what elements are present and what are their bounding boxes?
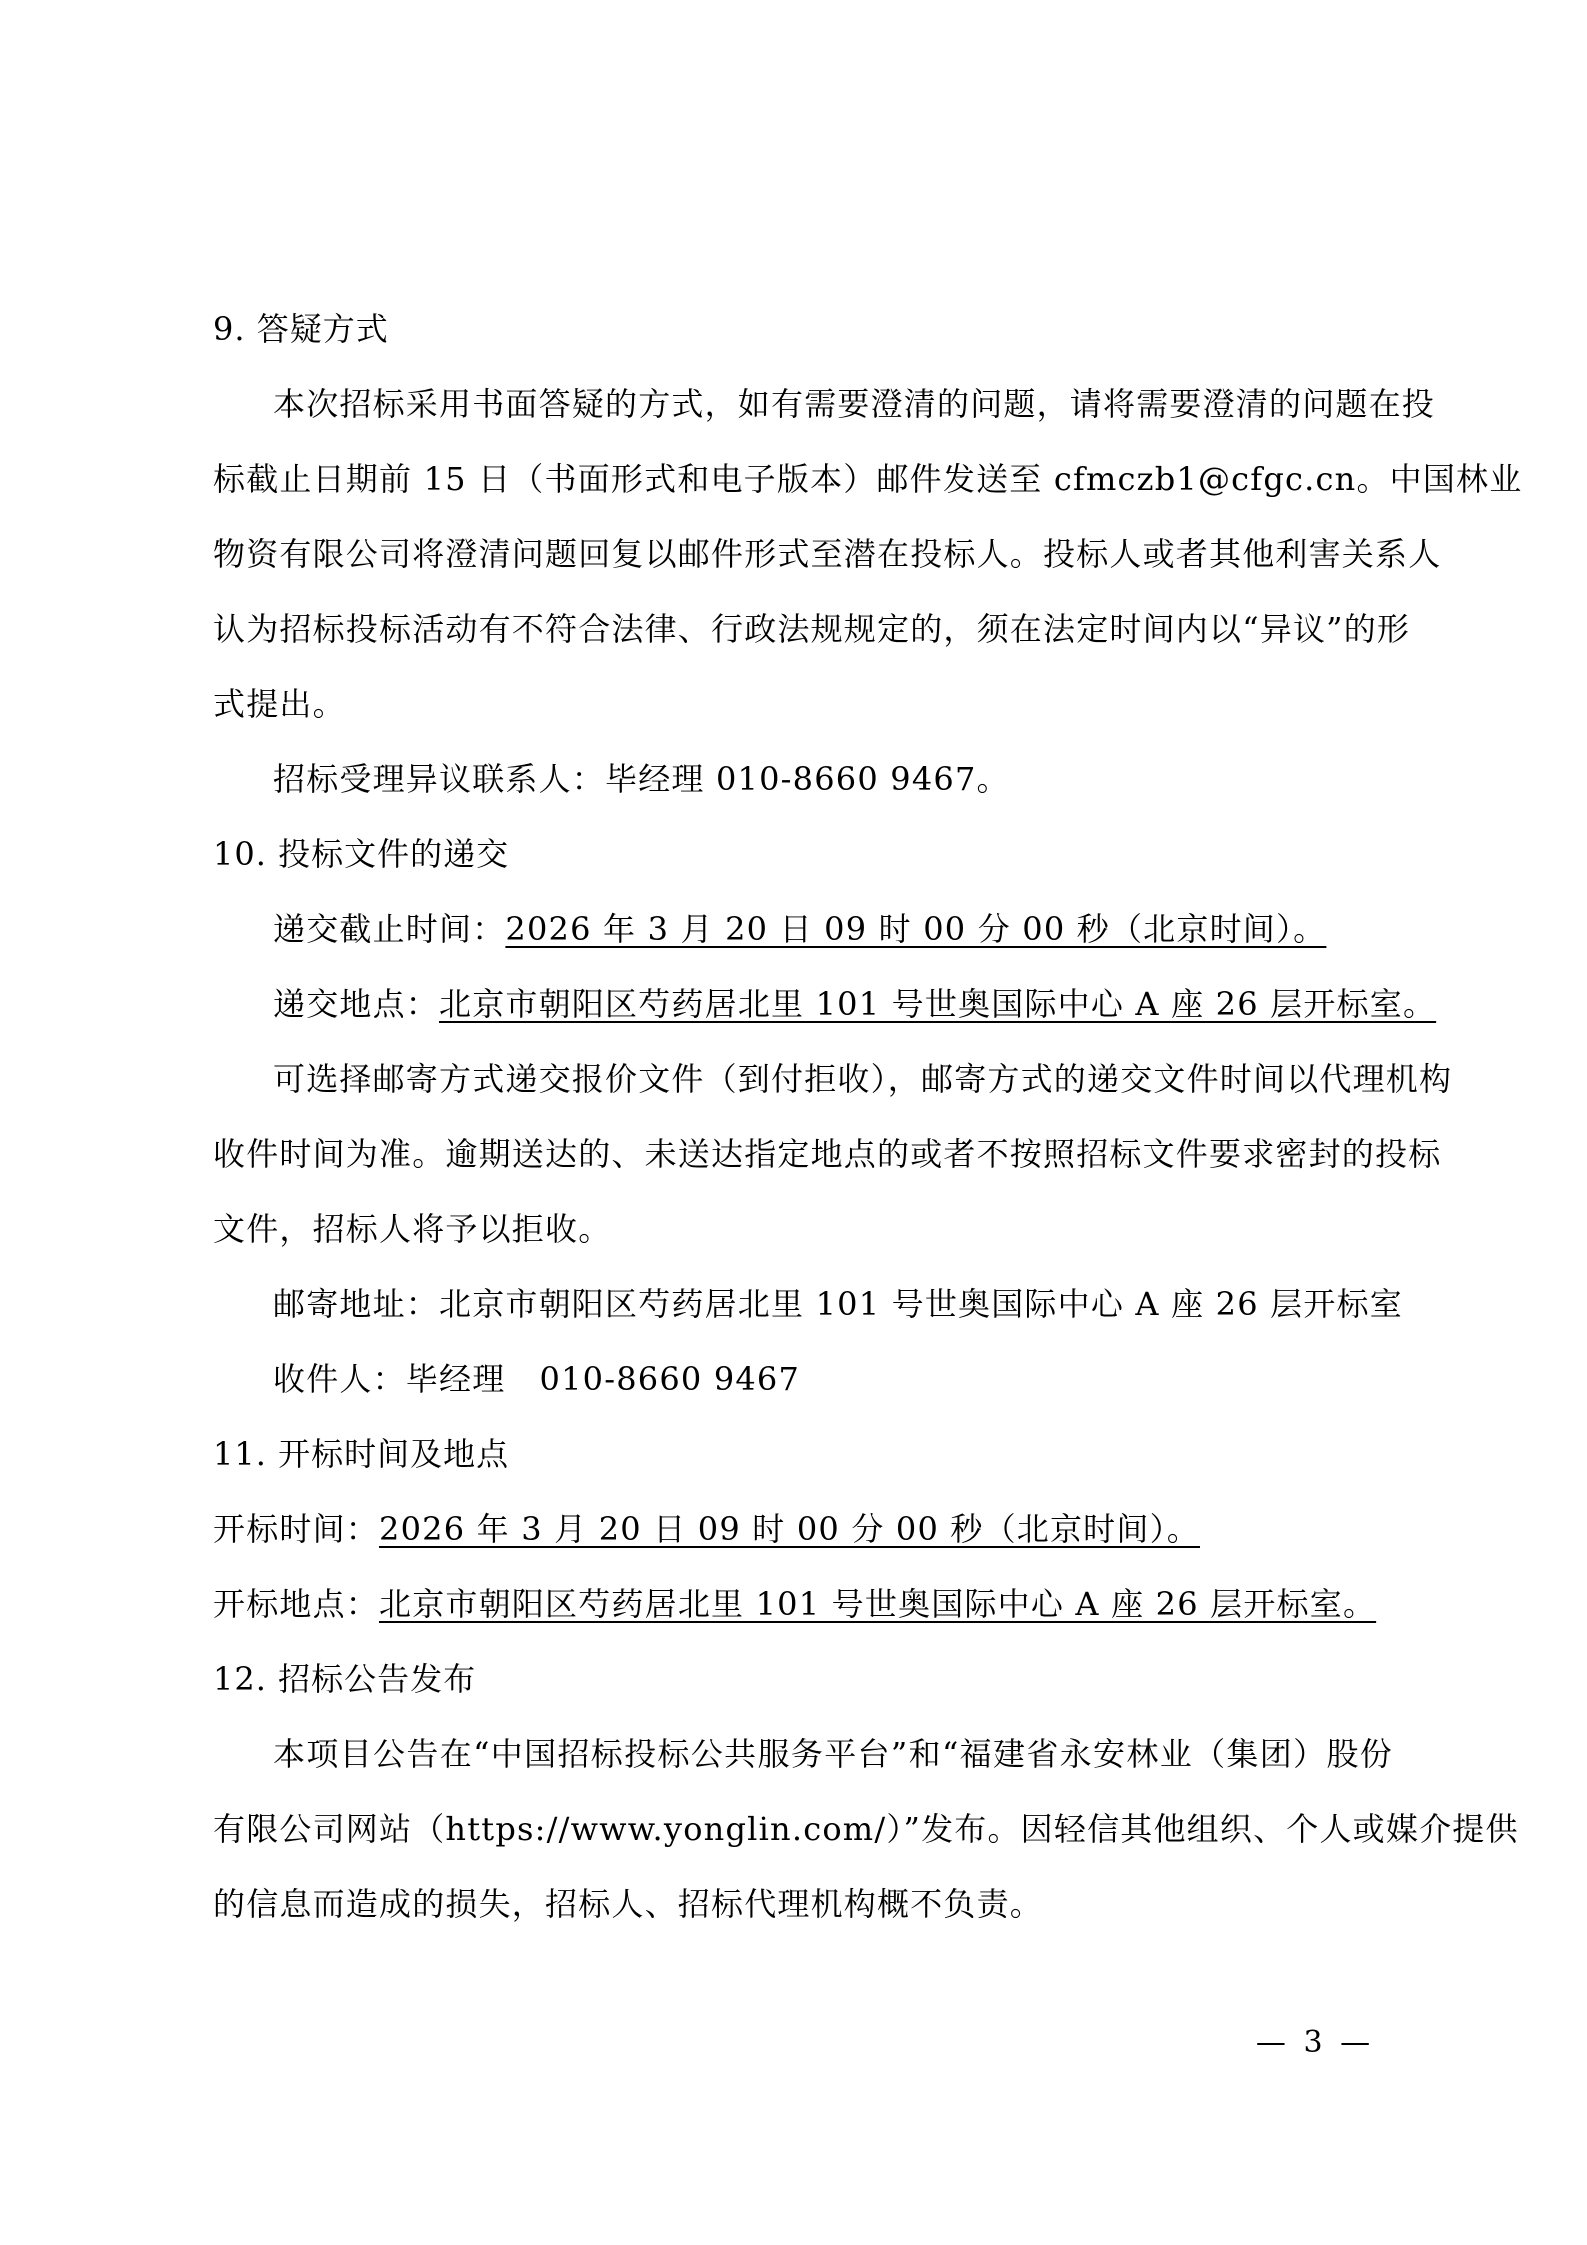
- section-9-paragraph-line: 本次招标采用书面答疑的方式，如有需要澄清的问题，请将需要澄清的问题在投: [213, 367, 1393, 442]
- mail-submission-line: 可选择邮寄方式递交报价文件（到付拒收），邮寄方式的递交文件时间以代理机构: [213, 1042, 1393, 1117]
- section-9-paragraph-line: 物资有限公司将澄清问题回复以邮件形式至潜在投标人。投标人或者其他利害关系人: [213, 517, 1393, 592]
- section-10-heading: 10. 投标文件的递交: [213, 817, 1393, 892]
- bid-opening-time-line: 开标时间：2026 年 3 月 20 日 09 时 00 分 00 秒（北京时间…: [213, 1492, 1393, 1567]
- announcement-line: 的信息而造成的损失，招标人、招标代理机构概不负责。: [213, 1867, 1393, 1942]
- announcement-line: 本项目公告在“中国招标投标公共服务平台”和“福建省永安林业（集团）股份: [213, 1717, 1393, 1792]
- bid-opening-place-value: 北京市朝阳区芍药居北里 101 号世奥国际中心 A 座 26 层开标室。: [379, 1585, 1376, 1623]
- document-page: 9. 答疑方式 本次招标采用书面答疑的方式，如有需要澄清的问题，请将需要澄清的问…: [213, 292, 1393, 1942]
- bid-opening-place-label: 开标地点：: [213, 1585, 379, 1623]
- submission-location-label: 递交地点：: [273, 985, 439, 1023]
- bid-opening-place-line: 开标地点：北京市朝阳区芍药居北里 101 号世奥国际中心 A 座 26 层开标室…: [213, 1567, 1393, 1642]
- mail-address-line: 邮寄地址：北京市朝阳区芍药居北里 101 号世奥国际中心 A 座 26 层开标室: [213, 1267, 1393, 1342]
- mail-submission-line: 收件时间为准。逾期送达的、未送达指定地点的或者不按照招标文件要求密封的投标: [213, 1117, 1393, 1192]
- section-9-paragraph-line: 认为招标投标活动有不符合法律、行政法规规定的，须在法定时间内以“异议”的形: [213, 592, 1393, 667]
- submission-deadline-label: 递交截止时间：: [273, 910, 505, 948]
- section-12-heading: 12. 招标公告发布: [213, 1642, 1393, 1717]
- submission-deadline-line: 递交截止时间：2026 年 3 月 20 日 09 时 00 分 00 秒（北京…: [213, 892, 1393, 967]
- section-11-heading: 11. 开标时间及地点: [213, 1417, 1393, 1492]
- submission-deadline-value: 2026 年 3 月 20 日 09 时 00 分 00 秒（北京时间）。: [505, 910, 1326, 948]
- mail-submission-line: 文件，招标人将予以拒收。: [213, 1192, 1393, 1267]
- bid-opening-time-label: 开标时间：: [213, 1510, 379, 1548]
- section-9-heading: 9. 答疑方式: [213, 292, 1393, 367]
- announcement-line: 有限公司网站（https://www.yonglin.com/）”发布。因轻信其…: [213, 1792, 1393, 1867]
- recipient-line: 收件人：毕经理 010-8660 9467: [213, 1342, 1393, 1417]
- bid-opening-time-value: 2026 年 3 月 20 日 09 时 00 分 00 秒（北京时间）。: [379, 1510, 1200, 1548]
- objection-contact-line: 招标受理异议联系人：毕经理 010-8660 9467。: [213, 742, 1393, 817]
- section-9-paragraph-line: 标截止日期前 15 日（书面形式和电子版本）邮件发送至 cfmczb1@cfgc…: [213, 442, 1393, 517]
- page-number: — 3 —: [1255, 2022, 1375, 2064]
- section-9-paragraph-line: 式提出。: [213, 667, 1393, 742]
- email-line-text: 标截止日期前 15 日（书面形式和电子版本）邮件发送至 cfmczb1@cfgc…: [213, 460, 1522, 498]
- submission-location-value: 北京市朝阳区芍药居北里 101 号世奥国际中心 A 座 26 层开标室。: [439, 985, 1436, 1023]
- submission-location-line: 递交地点：北京市朝阳区芍药居北里 101 号世奥国际中心 A 座 26 层开标室…: [213, 967, 1393, 1042]
